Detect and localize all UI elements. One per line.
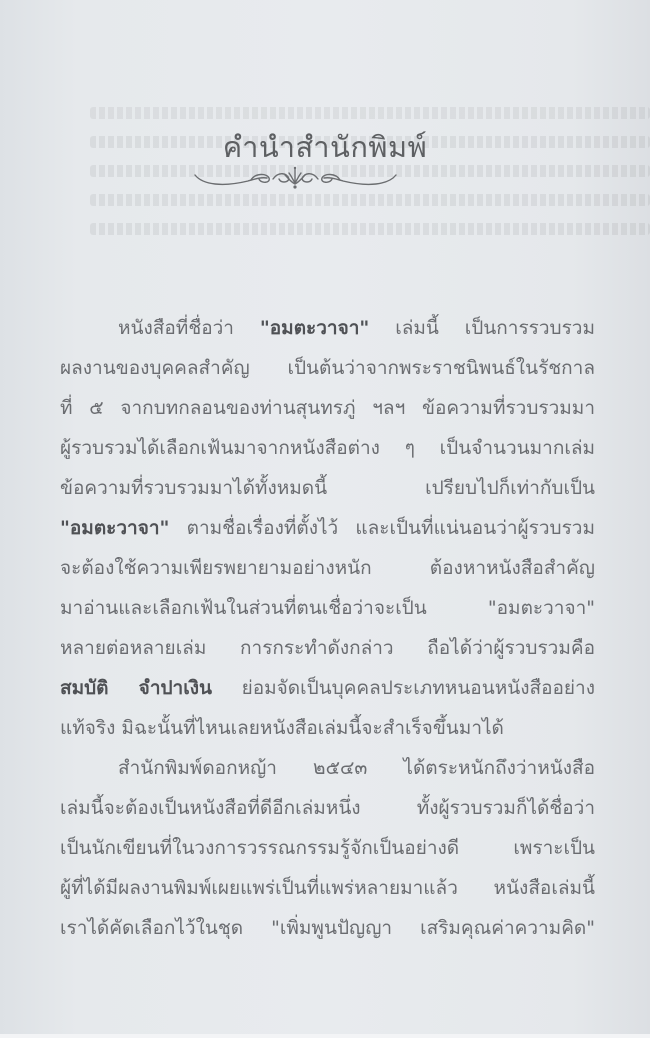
author-name: สมบัติ จำปาเงิน <box>60 677 212 699</box>
book-title-emphasis: "อมตะวาจา" <box>60 517 169 539</box>
text-line: มาอ่านและเลือกเฟ้นในส่วนที่ตนเชื่อว่าจะเ… <box>60 595 595 621</box>
text-line: ผู้รวบรวมได้เลือกเฟ้นมาจากหนังสือต่าง ๆ … <box>60 435 595 461</box>
text-line: เราได้คัดเลือกไว้ในชุด "เพิ่มพูนปัญญา เส… <box>60 915 595 941</box>
text-line: สมบัติ จำปาเงิน ย่อมจัดเป็นบุคคลประเภทหน… <box>60 675 595 701</box>
book-title-emphasis: "อมตะวาจา" <box>260 317 369 339</box>
text-line: สำนักพิมพ์ดอกหญ้า ๒๕๔๓ ได้ตระหนักถึงว่าห… <box>118 755 595 781</box>
text-line: หลายต่อหลายเล่ม การกระทำดังกล่าว ถือได้ว… <box>60 635 595 661</box>
text-line: หนังสือที่ชื่อว่า "อมตะวาจา" เล่มนี้ เป็… <box>118 315 595 341</box>
text-line: ผู้ที่ได้มีผลงานพิมพ์เผยแพร่เป็นที่แพร่ห… <box>60 875 595 901</box>
text-line: เป็นนักเขียนที่ในวงการวรรณกรรมรู้จักเป็น… <box>60 835 595 861</box>
text-line: "อมตะวาจา" ตามชื่อเรื่องที่ตั้งไว้ และเป… <box>60 515 595 541</box>
decorative-flourish-icon <box>193 165 398 191</box>
page-title: คำนำสำนักพิมพ์ <box>0 124 650 170</box>
book-page: คำนำสำนักพิมพ์ หนังสือที่ชื่อว่า "อมตะวา… <box>0 0 650 1038</box>
text-line: ข้อความที่รวบรวมมาได้ทั้งหมดนี้ เปรียบไป… <box>60 475 595 501</box>
text-line: เล่มนี้จะต้องเป็นหนังสือที่ดีอีกเล่มหนึ่… <box>60 795 595 821</box>
text-line: จะต้องใช้ความเพียรพยายามอย่างหนัก ต้องหา… <box>60 555 595 581</box>
text-line: ผลงานของบุคคลสำคัญ เป็นต้นว่าจากพระราชนิ… <box>60 355 595 381</box>
text-line: แท้จริง มิฉะนั้นที่ไหนเลยหนังสือเล่มนี้จ… <box>60 715 595 741</box>
text-line: ที่ ๕ จากบทกลอนของท่านสุนทรภู่ ฯลฯ ข้อคว… <box>60 395 595 421</box>
